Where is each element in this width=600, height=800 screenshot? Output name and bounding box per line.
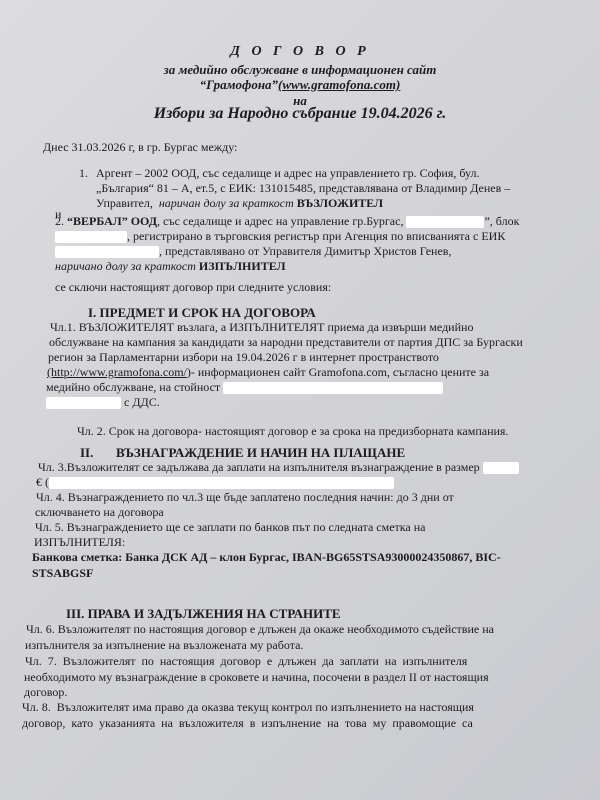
section3-heading: III. ПРАВА И ЗАДЪЛЖЕНИЯ НА СТРАНИТЕ [66, 606, 341, 622]
party2-line1: 2. “ВЕРБАЛ” ООД, със седалище и адрес на… [55, 214, 519, 229]
party1-line2: „България“ 81 – А, ет.5, с ЕИК: 13101548… [96, 181, 510, 196]
article1-line2: обслужване на кампания за кандидати за н… [49, 335, 523, 350]
redacted-amount [483, 462, 519, 474]
redacted-vat-value [46, 397, 121, 409]
party2-representative: , представлявано от Управителя Димитър Х… [159, 244, 451, 258]
article7-line1: Чл. 7. Възложителят по настоящия договор… [25, 654, 467, 669]
site-url-link[interactable]: (www.gramofona.com) [278, 77, 400, 92]
article1-vat: с ДДС. [124, 395, 160, 409]
redacted-amount-words [49, 477, 394, 489]
party1-role: ВЪЗЛОЖИТЕЛ [297, 196, 383, 210]
party1-short-label: наричан долу за краткост [159, 196, 294, 210]
party2-name: “ВЕРБАЛ” ООД [67, 214, 157, 228]
document-title: Д О Г О В О Р [0, 44, 600, 60]
gramofona-link[interactable]: (http://www.gramofona.com/ [47, 365, 187, 379]
party1-number: 1. [79, 166, 88, 181]
party2-line2: , регистрирано в търговския регистър при… [55, 229, 505, 244]
article1-line1: Чл.1. ВЪЗЛОЖИТЕЛЯТ възлага, а ИЗПЪЛНИТЕЛ… [50, 320, 473, 335]
article4-line1: Чл. 4. Възнаграждението по чл.3 ще бъде … [36, 490, 454, 505]
party2-registration: , регистрирано в търговския регистър при… [127, 229, 505, 243]
article4-line2: сключването на договора [35, 505, 164, 520]
site-line: “Грамофона”(www.gramofona.com) [0, 77, 600, 93]
article3-line1: Чл. 3.Възложителят се задължава да запла… [38, 460, 519, 475]
conclusion-line: се сключи настоящият договор при следнит… [55, 280, 331, 295]
article8-line2: договор, като указанията на възложителя … [22, 716, 473, 731]
party2-line4: наричано долу за краткост ИЗПЪЛНИТЕЛ [55, 259, 286, 274]
party1-line1: Аргент – 2002 ООД, със седалище и адрес … [96, 166, 479, 181]
election-title: Избори за Народно събрание 19.04.2026 г. [0, 105, 600, 123]
redacted-block [55, 231, 127, 243]
article6-line2: изпълнителя за изпълнение на възложената… [25, 638, 303, 653]
bank-account-line1: Банкова сметка: Банка ДСК АД – клон Бург… [32, 550, 501, 565]
article2: Чл. 2. Срок на договора- настоящият дого… [77, 424, 508, 439]
contract-page: Д О Г О В О Р за медийно обслужване в ин… [0, 0, 600, 800]
site-name: “Грамофона” [200, 77, 278, 92]
party2-address: , със седалище и адрес на управление гр.… [157, 214, 403, 228]
article5-line2: ИЗПЪЛНИТЕЛЯ: [34, 535, 125, 550]
article3-currency: € ( [36, 475, 49, 489]
article1-value-label: медийно обслужване, на стойност [46, 380, 220, 394]
redacted-value [223, 382, 443, 394]
article1-line4-rest: )- информационен сайт Gramofona.com, съг… [187, 365, 489, 379]
party2-short-label: наричано долу за краткост [55, 259, 196, 273]
article3-text: Чл. 3.Възложителят се задължава да запла… [38, 460, 480, 474]
party2-line3: , представлявано от Управителя Димитър Х… [55, 244, 451, 259]
section2-heading: ВЪЗНАГРАЖДЕНИЕ И НАЧИН НА ПЛАЩАНЕ [116, 445, 405, 461]
party1-position: Управител, [96, 196, 153, 210]
article1-line3: регион за Парламентарни избори на 19.04.… [48, 350, 439, 365]
section1-heading: I. ПРЕДМЕТ И СРОК НА ДОГОВОРА [88, 305, 316, 321]
party2-block: ”, блок [484, 214, 519, 228]
article5-line1: Чл. 5. Възнаграждението ще се заплати по… [35, 520, 426, 535]
article1-line6: с ДДС. [46, 395, 160, 410]
redacted-eik [55, 246, 159, 258]
article1-line5: медийно обслужване, на стойност [46, 380, 443, 395]
party1-line3: Управител, наричан долу за краткост ВЪЗЛ… [96, 196, 383, 211]
article6-line1: Чл. 6. Възложителят по настоящия договор… [26, 622, 494, 637]
article8-line1: Чл. 8. Възложителят има право да оказва … [22, 700, 474, 715]
intro-line: Днес 31.03.2026 г, в гр. Бургас между: [43, 140, 237, 155]
article7-line3: договор. [24, 685, 67, 700]
bank-account-line2: STSABGSF [32, 566, 93, 581]
document-subtitle: за медийно обслужване в информационен са… [0, 62, 600, 78]
party2-number: 2. [55, 214, 64, 228]
party2-role: ИЗПЪЛНИТЕЛ [199, 259, 286, 273]
article7-line2: необходимото му възнаграждение в срокове… [24, 670, 489, 685]
section2-number: II. [80, 445, 93, 461]
redacted-address [406, 216, 484, 228]
article1-line4: (http://www.gramofona.com/)- информацион… [47, 365, 489, 380]
article3-line2: € ( [36, 475, 394, 490]
